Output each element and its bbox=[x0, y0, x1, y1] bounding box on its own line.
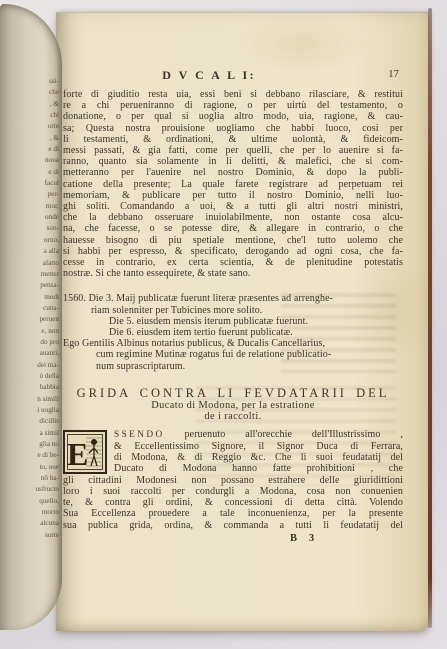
fragment-text-line: e di be- bbox=[37, 450, 59, 461]
section-subtitle: Ducato di Modona, per la estratione bbox=[63, 400, 403, 411]
body-text-line: na, che facesse, o se potesse dire, & al… bbox=[63, 223, 403, 234]
fragment-text-line: e di bbox=[48, 144, 59, 155]
fragment-text-line: , & bbox=[50, 133, 59, 144]
grida-body-lines: & Eccellentissimo Signore, il Signor Duc… bbox=[63, 441, 403, 531]
fragment-text-line: orno, bbox=[44, 235, 59, 246]
body-text-line: memoriam, & publicare per tutto il nostr… bbox=[63, 190, 403, 201]
publication-note-line: num suprascriptarum. bbox=[63, 361, 403, 372]
facing-page-text-fragments: ssi-che, &chiorte, &e dinouae difaculper… bbox=[9, 76, 59, 541]
fragment-text-line: ssi- bbox=[49, 76, 59, 87]
body-text-line: sua publica grida, ordina, & commanda a … bbox=[63, 520, 403, 531]
publication-note-line: cum regimine Mutinæ rogatus fui de relat… bbox=[63, 349, 403, 360]
body-text-line: loro i suoi raccolti per condurgli a Mod… bbox=[63, 486, 403, 497]
fragment-text-line: per- bbox=[48, 189, 59, 200]
fragment-text-line: morto bbox=[42, 507, 59, 518]
body-text-line: gli cittadini Modonesi non possano estra… bbox=[63, 475, 403, 486]
book-cover-edge bbox=[428, 8, 432, 628]
woodcut-initial-icon: E bbox=[63, 430, 107, 474]
fragment-text-line: che bbox=[49, 87, 59, 98]
publication-note-line: 1560. Die 3. Maij publicatæ fuerunt lite… bbox=[63, 293, 403, 304]
fragment-text-line: metter bbox=[41, 269, 59, 280]
body-text-line: donatione, o per qual si uoglia altro mo… bbox=[63, 111, 403, 122]
fragment-text-line: cuna- bbox=[43, 303, 59, 314]
body-text-line: & Eccellentissimo Signore, il Signor Duc… bbox=[63, 441, 403, 452]
body-text-line: che la debbano osseruare inuiolabilmente… bbox=[63, 212, 403, 223]
book-page: D V C A L I: 17 forte di giuditio resta … bbox=[56, 12, 428, 631]
fragment-text-line: e di bbox=[48, 167, 59, 178]
section-title: GRIDA CONTRA LI FEVDATARII DEL bbox=[63, 386, 403, 400]
grida-paragraph: E SSENDO peruenuto all'orecchie dell'Ill… bbox=[63, 429, 403, 531]
fragment-text-line: facul bbox=[45, 178, 59, 189]
fragment-text-line: son- bbox=[47, 223, 59, 234]
body-text-line: messi passati, & gia fatti, come per que… bbox=[63, 145, 403, 156]
fragment-text-line: e, non bbox=[41, 326, 59, 337]
body-text-line: metteranno per l'auenire nel nostro Domi… bbox=[63, 167, 403, 178]
body-text-line: ranno, quanto sia solamente in li delitt… bbox=[63, 156, 403, 167]
page-number: 17 bbox=[388, 69, 399, 80]
text-column: D V C A L I: 17 forte di giuditio resta … bbox=[63, 68, 403, 544]
fragment-text-line: habbia bbox=[40, 382, 59, 393]
fragment-text-line: chi bbox=[50, 110, 59, 121]
fragment-text-line: peruen bbox=[39, 314, 59, 325]
fragment-text-line: rnor, bbox=[46, 201, 59, 212]
body-text-line: di Modona, & di Reggio &c. Che li suoi f… bbox=[63, 452, 403, 463]
publication-note-line: Die 6. eiusdem item tertio fuerunt publi… bbox=[63, 327, 403, 338]
fragment-text-line: n simili bbox=[37, 394, 59, 405]
fragment-text-line: pensa- bbox=[40, 280, 59, 291]
body-text-line: li testamenti, & ordinationi, & ultime u… bbox=[63, 134, 403, 145]
fragment-text-line: to, oue bbox=[39, 462, 59, 473]
running-header: D V C A L I: 17 bbox=[63, 68, 403, 82]
photo-backdrop: D V C A L I: 17 forte di giuditio resta … bbox=[0, 0, 447, 649]
publication-note-line: Die 5. eiusdem mensis iterum publicatæ f… bbox=[63, 316, 403, 327]
publication-notes: 1560. Die 3. Maij publicatæ fuerunt lite… bbox=[63, 293, 403, 371]
fragment-text-line: dicillis bbox=[39, 416, 59, 427]
body-text-line: forte di giuditio resta uia, essi beni s… bbox=[63, 89, 403, 100]
fragment-text-line: alcuna bbox=[40, 518, 59, 529]
fragment-text-line: afatto bbox=[43, 258, 59, 269]
fragment-text-line: dei ma- bbox=[37, 360, 59, 371]
body-text-line: catione della presente; La quale farete … bbox=[63, 179, 403, 190]
body-text-line: cesse in contrario, ex certa scientia, &… bbox=[63, 257, 403, 268]
body-text-line: SSENDO peruenuto all'orecchie dell'Illus… bbox=[63, 429, 403, 441]
publication-note-line: Ego Gentilis Albinus notarius publicus, … bbox=[63, 338, 403, 349]
facing-page-edge: ssi-che, &chiorte, &e dinouae difaculper… bbox=[0, 4, 62, 630]
fragment-text-line: usfructo bbox=[35, 484, 59, 495]
running-title: D V C A L I: bbox=[162, 68, 256, 83]
section-subtitle-2: de i raccolti. bbox=[63, 411, 403, 422]
body-text-line: nostræ. Si che tanto essequirete, & stat… bbox=[63, 268, 403, 279]
body-text-line: hauesse bisogno di piu spetiale mentione… bbox=[63, 235, 403, 246]
fragment-text-line: modi bbox=[44, 292, 59, 303]
body-text-line: Sua Eccellenza prouedere a tale inconuen… bbox=[63, 508, 403, 519]
body-text-line: re a chi perueniranno di ragione, o per … bbox=[63, 100, 403, 111]
fragment-text-line: , & bbox=[50, 99, 59, 110]
initial-letter: E bbox=[67, 436, 88, 472]
fragment-text-line: nõ ha- bbox=[41, 473, 59, 484]
fragment-text-line: a alla bbox=[44, 246, 59, 257]
body-text-line: ghi soliti. Comandando a uoi, & a tutti … bbox=[63, 201, 403, 212]
grida-section-heading: GRIDA CONTRA LI FEVDATARII DEL Ducato di… bbox=[63, 386, 403, 422]
fragment-text-line: do pro bbox=[40, 337, 59, 348]
first-line-text: peruenuto all'orecchie dell'Illustrissim… bbox=[184, 429, 403, 440]
body-text-line: sa; Questa nostra prouisione uogliamo ch… bbox=[63, 123, 403, 134]
fragment-text-line: quello, bbox=[39, 496, 59, 507]
fragment-text-line: auanti, bbox=[40, 348, 59, 359]
fragment-text-line: glia no bbox=[39, 439, 59, 450]
body-text-line: Ducato di Modona hanno fatte prohibition… bbox=[63, 463, 403, 474]
fragment-text-line: ò della bbox=[40, 371, 59, 382]
fragment-text-line: orte bbox=[48, 121, 59, 132]
fragment-text-line: sorte bbox=[45, 530, 59, 541]
signature-mark: B 3 bbox=[63, 533, 403, 544]
small-caps-word: SSENDO bbox=[114, 430, 165, 440]
publication-note-line: riam solenniter per Tubicines more solit… bbox=[63, 305, 403, 316]
fragment-text-line: i uoglia bbox=[37, 405, 59, 416]
body-text-line: te, & contra gli ordini, & concessioni d… bbox=[63, 497, 403, 508]
ducal-letter-paragraph: forte di giuditio resta uia, essi beni s… bbox=[63, 89, 403, 279]
fragment-text-line: a simil bbox=[40, 428, 59, 439]
fragment-text-line: onde bbox=[45, 212, 59, 223]
body-text-line: si habbi per espresso, & specificato, de… bbox=[63, 246, 403, 257]
fragment-text-line: noua bbox=[45, 155, 59, 166]
